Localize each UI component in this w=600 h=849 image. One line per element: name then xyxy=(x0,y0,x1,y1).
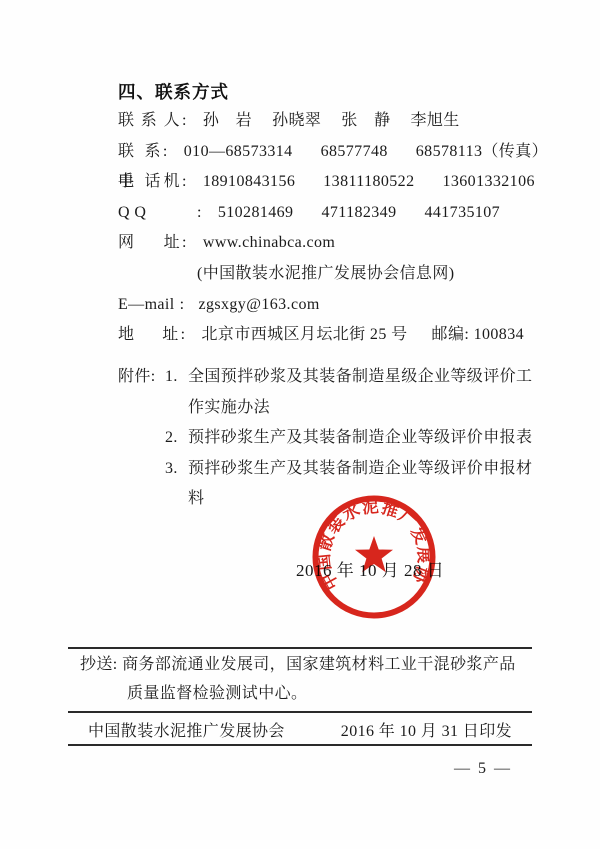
contact-row-qq: Q Q: 510281469 471182349 441735107 xyxy=(118,198,548,229)
attachment-title: 全国预拌砂浆及其装备制造星级企业等级评价工作实施办法 xyxy=(188,362,534,423)
attachment-number: 3. xyxy=(165,454,188,515)
section-heading: 四、联系方式 xyxy=(118,79,229,104)
contact-person: 孙晓翠 xyxy=(272,106,321,137)
mobile-number: 13811180522 xyxy=(323,167,414,198)
issue-date: 2016 年 10 月 31 日印发 xyxy=(341,718,512,741)
contact-colon: : xyxy=(182,167,187,198)
contact-values: zgsxgy@163.com xyxy=(198,290,319,321)
contact-row-mobiles: 手机: 18910843156 13811180522 13601332106 xyxy=(118,167,548,198)
attachments-list: 1. 全国预拌砂浆及其装备制造星级企业等级评价工作实施办法 2. 预拌砂浆生产及… xyxy=(165,362,548,515)
contact-colon: : xyxy=(180,290,185,321)
contact-values: 18910843156 13811180522 13601332106 xyxy=(203,167,535,198)
contact-row-website: 网址: www.chinabca.com xyxy=(118,228,548,259)
contact-person: 张 静 xyxy=(341,106,390,137)
contact-values: 510281469 471182349 441735107 xyxy=(218,198,500,229)
qq-number: 510281469 xyxy=(218,198,294,229)
website-note: (中国散装水泥推广发展协会信息网) xyxy=(197,259,454,290)
contact-row-address: 地址: 北京市西城区月坛北街 25 号 邮编: 100834 xyxy=(118,320,548,351)
attachment-title: 预拌砂浆生产及其装备制造企业等级评价申报表 xyxy=(188,423,534,454)
official-seal: 中国散装水泥推广发展协会 xyxy=(311,494,437,620)
contact-colon: : xyxy=(182,106,187,137)
contact-label: 网址 xyxy=(118,228,180,259)
phone-number: 68578113（传真） xyxy=(416,137,548,168)
footer-rule-top xyxy=(68,647,532,649)
attachments-section: 附件: 1. 全国预拌砂浆及其装备制造星级企业等级评价工作实施办法 2. 预拌砂… xyxy=(118,362,548,515)
qq-number: 471182349 xyxy=(321,198,396,229)
qq-number: 441735107 xyxy=(424,198,500,229)
issuer-row: 中国散装水泥推广发展协会 2016 年 10 月 31 日印发 xyxy=(68,714,532,744)
footer-rule-bottom xyxy=(68,744,532,746)
mobile-number: 13601332106 xyxy=(442,167,534,198)
contact-label: 联系人 xyxy=(118,106,180,137)
contact-values: www.chinabca.com xyxy=(203,228,335,259)
phone-number: 010—68573314 xyxy=(184,137,293,168)
attachment-number: 2. xyxy=(165,423,188,454)
contact-row-persons: 联系人: 孙 岩 孙晓翠 张 静 李旭生 xyxy=(118,106,548,137)
contact-row-email: E—mail: zgsxgy@163.com xyxy=(118,290,548,321)
contact-person: 孙 岩 xyxy=(203,106,252,137)
attachment-number: 1. xyxy=(165,362,188,423)
contact-person: 李旭生 xyxy=(410,106,459,137)
contact-values: 010—68573314 68577748 68578113（传真） xyxy=(184,137,548,168)
cc-paragraph: 抄送: 商务部流通业发展司，国家建筑材料工业干混砂浆产品质量监督检验测试中心。 xyxy=(68,651,520,708)
cc-text: 商务部流通业发展司，国家建筑材料工业干混砂浆产品质量监督检验测试中心。 xyxy=(122,656,516,702)
mobile-number: 18910843156 xyxy=(203,167,295,198)
contact-colon: : xyxy=(182,228,187,259)
contact-values: 北京市西城区月坛北街 25 号 邮编: 100834 xyxy=(202,320,548,351)
website-url: www.chinabca.com xyxy=(203,228,335,259)
contact-label: Q Q xyxy=(118,198,180,229)
phone-number: 68577748 xyxy=(321,137,388,168)
contact-colon: : xyxy=(181,320,186,351)
contact-label: 地址 xyxy=(118,320,179,351)
contact-colon: : xyxy=(163,137,168,168)
attachment-item: 1. 全国预拌砂浆及其装备制造星级企业等级评价工作实施办法 xyxy=(165,362,548,423)
page-number: — 5 — xyxy=(454,760,512,778)
document-page: 四、联系方式 联系人: 孙 岩 孙晓翠 张 静 李旭生 联系电话: 010—68… xyxy=(0,0,600,849)
website-note-row: (中国散装水泥推广发展协会信息网) xyxy=(118,259,548,290)
email-address: zgsxgy@163.com xyxy=(198,290,319,321)
cc-label: 抄送: xyxy=(80,656,118,673)
contact-label: 手机 xyxy=(118,167,180,198)
contact-label: E—mail xyxy=(118,290,175,321)
postal-code: 邮编: 100834 xyxy=(432,320,524,351)
contact-section: 联系人: 孙 岩 孙晓翠 张 静 李旭生 联系电话: 010—68573314 … xyxy=(118,106,548,351)
footer-rule-middle xyxy=(68,711,532,713)
star-icon xyxy=(355,536,393,572)
contact-colon: : xyxy=(197,198,202,229)
street-address: 北京市西城区月坛北街 25 号 xyxy=(202,320,408,351)
contact-row-phones: 联系电话: 010—68573314 68577748 68578113（传真） xyxy=(118,137,548,168)
attachment-item: 2. 预拌砂浆生产及其装备制造企业等级评价申报表 xyxy=(165,423,548,454)
contact-values: 孙 岩 孙晓翠 张 静 李旭生 xyxy=(203,106,480,137)
issuer-name: 中国散装水泥推广发展协会 xyxy=(88,718,285,741)
attachments-label: 附件: xyxy=(118,362,165,515)
